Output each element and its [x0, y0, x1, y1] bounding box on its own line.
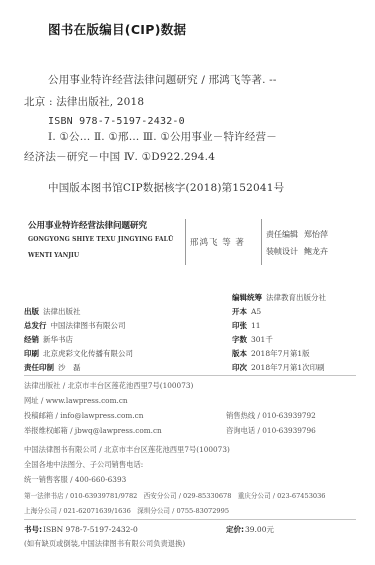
label: 印次	[232, 363, 247, 372]
responsible-editor: 责任编辑郑怡萍	[266, 229, 328, 240]
value: 中国法律图书有限公司	[51, 321, 126, 330]
label: 出版	[24, 307, 39, 316]
branch-chongqing: 重庆分公司 / 023-67453036	[238, 492, 326, 500]
pub-info-right-0: 编辑统筹法律教育出版分社	[232, 292, 326, 303]
value: 法律出版社	[43, 307, 81, 316]
title-block-divider-2	[261, 219, 262, 265]
pub-info-left-0: 出版法律出版社	[24, 306, 81, 317]
branch-phone-line-2: 上海分公司 / 021-62071639/1636 深圳分公司 / 0755-8…	[24, 505, 229, 515]
responsible-editor-value: 郑怡萍	[304, 230, 328, 239]
cip-subject-line2: 经济法－研究－中国 Ⅳ. ①D922.294.4	[24, 149, 215, 164]
return-notice: (如有缺页或倒装,中国法律图书有限公司负责退换)	[24, 539, 185, 549]
section-divider-2	[24, 519, 356, 520]
branch-xian: 西安分公司 / 029-85330678	[144, 492, 232, 500]
value: 沙 磊	[58, 363, 81, 372]
label: 责任印制	[24, 363, 54, 372]
value: 2018年7月第1版	[251, 349, 310, 358]
sales-hotline: 销售热线 / 010-63939792	[226, 411, 316, 421]
value: 301千	[251, 335, 273, 344]
cip-verification: 中国版本图书馆CIP数据核字(2018)第152041号	[48, 180, 284, 195]
section-divider-1	[24, 375, 356, 376]
cip-isbn-line: ISBN 978-7-5197-2432-0	[48, 116, 185, 127]
branch-shenzhen: 深圳分公司 / 0755-83072995	[137, 507, 229, 515]
cip-subject-line1: Ⅰ. ①公… Ⅱ. ①邢… Ⅲ. ①公用事业－特许经营－	[48, 129, 277, 144]
cip-heading: 图书在版编目(CIP)数据	[48, 20, 186, 38]
cover-designer: 装帧设计鲍龙卉	[266, 246, 328, 257]
cip-record-line1: 公用事业特许经营法律问题研究 / 邢鸿飞等著. --	[48, 72, 277, 87]
pub-info-left-2: 经销新华书店	[24, 334, 73, 345]
pub-info-left-4: 责任印制沙 磊	[24, 362, 81, 373]
submission-email: 投稿邮箱 / info@lawpress.com.cn	[24, 411, 143, 421]
pub-info-right-2: 印张11	[232, 320, 261, 331]
book-title-pinyin-line2: WENTI YANJIU	[28, 252, 79, 259]
book-title-cn: 公用事业特许经营法律问题研究	[28, 219, 147, 231]
value: 法律教育出版分社	[266, 293, 326, 302]
branch-shanghai: 上海分公司 / 021-62071639/1636	[24, 507, 131, 515]
customer-service: 统一销售客服 / 400-660-6393	[24, 475, 126, 485]
branches-heading: 全国各地中法图分、子公司销售电话:	[24, 460, 143, 470]
value: 2018年7月第1次印刷	[251, 363, 325, 372]
value: 北京虎彩文化传播有限公司	[43, 349, 133, 358]
pub-info-right-4: 版本2018年7月第1版	[232, 348, 310, 359]
book-author: 邢鸿飞 等 著	[190, 236, 245, 248]
value: 新华书店	[43, 335, 73, 344]
pub-info-left-1: 总发行中国法律图书有限公司	[24, 320, 126, 331]
cover-designer-value: 鲍龙卉	[304, 247, 328, 256]
branch-bookstore: 第一法律书店 / 010-63939781/9782	[24, 492, 137, 500]
book-number-label: 书号:	[24, 525, 42, 534]
publisher-address: 法律出版社 / 北京市丰台区莲花池西里7号(100073)	[24, 381, 193, 391]
cip-record-line2: 北京 : 法律出版社, 2018	[24, 94, 144, 109]
price-value: 39.00元	[245, 525, 274, 534]
pub-info-left-3: 印刷北京虎彩文化传播有限公司	[24, 348, 133, 359]
value: 11	[251, 321, 261, 330]
label: 字数	[232, 335, 247, 344]
report-email: 举报维权邮箱 / jbwq@lawpress.com.cn	[24, 426, 162, 436]
label: 版本	[232, 349, 247, 358]
book-number-value: ISBN 978-7-5197-2432-0	[43, 525, 138, 534]
label: 印刷	[24, 349, 39, 358]
value: A5	[251, 307, 261, 316]
responsible-editor-label: 责任编辑	[266, 230, 298, 239]
branch-phone-line-1: 第一法律书店 / 010-63939781/9782 西安分公司 / 029-8…	[24, 490, 325, 500]
pub-info-right-3: 字数301千	[232, 334, 273, 345]
pub-info-right-1: 开本A5	[232, 306, 261, 317]
book-number: 书号:ISBN 978-7-5197-2432-0	[24, 524, 138, 535]
title-block-divider-1	[185, 219, 186, 265]
label: 印张	[232, 321, 247, 330]
label: 开本	[232, 307, 247, 316]
pub-info-right-5: 印次2018年7月第1次印刷	[232, 362, 325, 373]
price: 定价:39.00元	[226, 524, 274, 535]
label: 总发行	[24, 321, 47, 330]
label: 经销	[24, 335, 39, 344]
label: 编辑统筹	[232, 293, 262, 302]
price-label: 定价:	[226, 525, 244, 534]
book-title-pinyin-line1: GONGYONG SHIYE TEXU JINGYING FALŪ	[28, 236, 173, 243]
cover-designer-label: 装帧设计	[266, 247, 298, 256]
inquiry-phone: 咨询电话 / 010-63939796	[226, 426, 316, 436]
distributor-address: 中国法律图书有限公司 / 北京市丰台区莲花池西里7号(100073)	[24, 445, 230, 455]
publisher-website: 网址 / www.lawpress.com.cn	[24, 396, 128, 406]
